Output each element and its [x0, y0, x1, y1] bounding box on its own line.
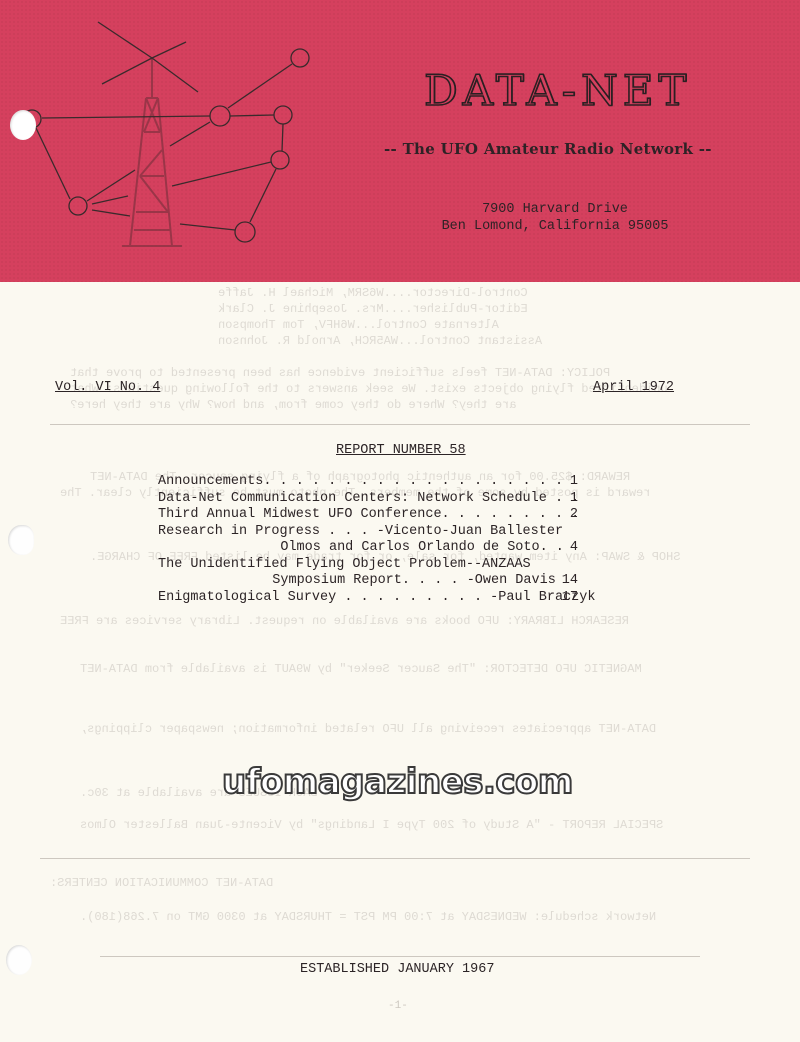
toc-entry-title: The Unidentified Flying Object Problem--…	[158, 557, 531, 574]
address-line-1: 7900 Harvard Drive	[430, 201, 680, 218]
bleed-through-text: Control-Director....W6SRM, Michael H. Ja…	[218, 286, 528, 301]
bleed-through-text: DATA-NET COMMUNICATION CENTERS:	[50, 876, 273, 891]
toc-entry-title: Data-Net Communication Centers: Network …	[158, 491, 579, 508]
divider	[50, 424, 750, 425]
established-line: ESTABLISHED JANUARY 1967	[300, 962, 494, 977]
toc-entry: Third Annual Midwest UFO Conference. . .…	[158, 507, 578, 524]
bleed-through-text: MAGNETIC UFO DETECTOR: "The Saucer Seeke…	[80, 662, 642, 677]
toc-entry: The Unidentified Flying Object Problem--…	[158, 557, 578, 574]
toc-entry: Symposium Report. . . . -Owen Davis14	[158, 573, 578, 590]
punch-hole	[6, 945, 32, 975]
address-line-2: Ben Lomond, California 95005	[430, 218, 680, 235]
punch-hole	[10, 110, 36, 140]
toc-entry-page: 17	[562, 590, 578, 607]
issue-date: April 1972	[593, 380, 674, 395]
toc-entry-title: Enigmatological Survey . . . . . . . . .…	[158, 590, 595, 607]
toc-entry: Announcements. . . . . . . . . . . . . .…	[158, 474, 578, 491]
toc-entry: Enigmatological Survey . . . . . . . . .…	[158, 590, 578, 607]
punch-hole	[8, 525, 34, 555]
bleed-through-text: Editor-Publisher....Mrs. Josephine J. Cl…	[218, 302, 528, 317]
toc-entry: Olmos and Carlos Orlando de Soto. .4	[158, 540, 578, 557]
bleed-through-text: Alternate Control...W6HFV, Tom Thompson	[218, 318, 499, 333]
publication-title: DATA-NET	[424, 66, 691, 115]
page-number: -1-	[388, 1000, 408, 1012]
masthead: DATA-NET -- The UFO Amateur Radio Networ…	[0, 0, 800, 282]
toc-entry-title: Olmos and Carlos Orlando de Soto. .	[280, 540, 564, 557]
toc-entry: Research in Progress . . . -Vicento-Juan…	[158, 524, 578, 541]
bleed-through-text: RESEARCH LIBRARY: UFO books are availabl…	[60, 614, 629, 629]
bleed-through-text: SPECIAL REPORT - "A Study of 200 Type I …	[80, 818, 663, 833]
bleed-through-text: POLICY: DATA-NET feels sufficient eviden…	[70, 366, 610, 381]
toc-entry-title: Announcements. . . . . . . . . . . . . .…	[158, 474, 563, 491]
bleed-through-text: Network schedule: WEDNESDAY at 7:00 PM P…	[80, 910, 656, 925]
divider	[100, 956, 700, 957]
bleed-through-text: are they? Where do they come from, and h…	[70, 398, 516, 413]
divider	[40, 858, 750, 859]
toc-entry-title: Research in Progress . . . -Vicento-Juan…	[158, 524, 563, 541]
mailing-address: 7900 Harvard Drive Ben Lomond, Californi…	[430, 201, 680, 235]
bleed-through-text: Assistant Control...WA5RCH, Arnold R. Jo…	[218, 334, 542, 349]
toc-entry-title: Symposium Report. . . . -Owen Davis	[272, 573, 556, 590]
toc-entry: Data-Net Communication Centers: Network …	[158, 491, 578, 508]
toc-entry-page: 1	[570, 474, 578, 491]
watermark: ufomagazines.com	[222, 762, 573, 802]
toc-entry-title: Third Annual Midwest UFO Conference. . .…	[158, 507, 579, 524]
report-title: REPORT NUMBER 58	[336, 443, 466, 458]
radio-tower-network-icon	[0, 0, 330, 282]
table-of-contents: Announcements. . . . . . . . . . . . . .…	[158, 474, 578, 606]
toc-entry-page: 1	[570, 491, 578, 508]
toc-entry-page: 2	[570, 507, 578, 524]
toc-entry-page: 14	[562, 573, 578, 590]
volume-number: Vol. VI No. 4	[55, 380, 160, 395]
toc-entry-page: 4	[570, 540, 578, 557]
bleed-through-text: DATA-NET appreciates receiving all UFO r…	[80, 722, 656, 737]
publication-subtitle: -- The UFO Amateur Radio Network --	[384, 140, 712, 158]
